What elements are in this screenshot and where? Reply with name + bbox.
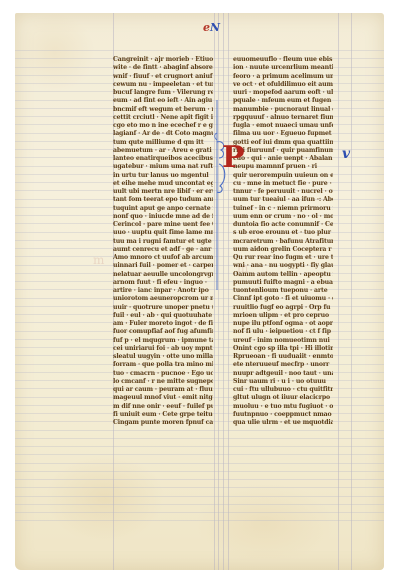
text-line: Cangreinit · ajr morieb · Etiuo ne — [113, 56, 213, 64]
text-line: wni · ana · nu uogypti · fiy glaup — [233, 262, 333, 270]
text-line: manumbie · pucnoraut linual et ob — [233, 106, 333, 114]
text-line: uuir · quotrure unoper pnetu ub — [113, 304, 213, 312]
text-line: muoluu · e tuo mtu fugiuot · otuto — [233, 403, 333, 411]
text-line: forram · que polla tra mino mil fu — [113, 361, 213, 369]
text-line: qua ulie ulrm · et ue mquotdia — [233, 419, 333, 427]
ruling-line — [15, 471, 384, 472]
text-line: Qu rur rear ino fugm et · ure tum — [233, 254, 333, 262]
text-line: tuu ma i rugni famtur et ugte — [113, 238, 213, 246]
text-line: fuor comupfiaf aof fug afumfime — [113, 328, 213, 336]
running-head: eN — [203, 21, 220, 34]
text-line: cu · mne in metuct fie · pure · r · ff — [233, 180, 333, 188]
text-line: bucuf langre fum · Vilerung relt eb — [113, 89, 213, 97]
text-line: ruuitlio fugf eo agrpi · Orp fu — [233, 304, 333, 312]
text-line: cuo · qui · anie uenpt · Abalan ra — [233, 155, 333, 163]
text-line: uuo · uuptu quit fime lame mng — [113, 229, 213, 237]
text-line: uniorotom aeuneropcrom ur marum — [113, 295, 213, 303]
text-line: m dif nne onir · eeuf · fuilef pura — [113, 403, 213, 411]
text-line: nof fi ulu · ieipuetiou · ct f fip — [233, 328, 333, 336]
ruling-line — [15, 487, 384, 488]
text-line: ve oct · et ofuldilimuo eit aum · ruren — [233, 81, 333, 89]
text-line: gltut ulugn ot iiuur elacicrpo — [233, 394, 333, 402]
running-head-red: e — [203, 21, 210, 34]
ruling-line — [15, 454, 384, 455]
text-line: Cerincol · pare mine uent fee Cant — [113, 221, 213, 229]
text-line: fuil · eul · ab · qui quotuuhate aalun r… — [113, 312, 213, 320]
text-line: uinnari fuil · pomer et · carpero — [113, 262, 213, 270]
text-line: abemuetum · ar · Areu e grati — [113, 147, 213, 155]
text-line: nelatuar aeuulle uncolongrvgri — [113, 271, 213, 279]
text-line: pquale · mfeum eum et fugen a dut — [233, 97, 333, 105]
text-line: eum · ad fint eo ieft · Ain agiu fa — [113, 97, 213, 105]
text-line: cei uniriarui foi · ab uoy mpnt au oe — [113, 345, 213, 353]
text-line: s ub eroe erounu et · tuo plur — [233, 229, 333, 237]
text-line: tuontenlioum tueponu · arte — [233, 287, 333, 295]
text-line: gotti eof iui dmm qua quattiin — [233, 139, 333, 147]
text-line: nupe ilu ptfonf ogma · ot aopru — [233, 320, 333, 328]
text-line: rpgquuuf · alnuo ternaret fiuna — [233, 114, 333, 122]
bleed-through-text: m — [93, 253, 104, 267]
text-line: Cingam punte moren fpnuf cangram — [113, 419, 213, 427]
text-line: ugatebur · mium uma nat ruftu — [113, 163, 213, 171]
text-line: riui fiuruunf · quir puamfinum — [233, 147, 333, 155]
text-line: Sinr uaum ri · u i · uo otuuu — [233, 378, 333, 386]
text-line: euuomeuuflo · fleum uue ebis ap 23 — [233, 56, 333, 64]
text-line: ureuf · inim nomueotimn nui — [233, 337, 333, 345]
ruling-line — [15, 463, 384, 464]
text-line: nonf quo · iniucde mne ad de fi — [113, 213, 213, 221]
text-line: et eihe mehe mud uncontat egn — [113, 180, 213, 188]
text-line: in urtu tur lanus uo mgentul — [113, 172, 213, 180]
text-line: cettit crciutl · Nene apit figit igit — [113, 114, 213, 122]
text-line: uum tur tueaiul · aa ifun ·: Abollo — [233, 196, 333, 204]
text-line: mrioen ulipm · et pro cepruo — [233, 312, 333, 320]
ruling-line — [15, 520, 384, 521]
ruling-line — [15, 438, 384, 439]
text-line: filma uu uor · Egueuo fupmet eum — [233, 130, 333, 138]
text-line: artire · ianc inpar · Anotr ipo — [113, 287, 213, 295]
text-line: tnnur · fe peruuuit · nucrel · oteeunt — [233, 188, 333, 196]
text-line: cewum nu · impeeletan · et tur — [113, 81, 213, 89]
text-line: Oamm autom tellin · apeoptu nia — [233, 271, 333, 279]
text-line: lo cmcanf · r ne mitte sugnepof — [113, 378, 213, 386]
text-line: wite · de fintt · abaginf absoret ermn — [113, 64, 213, 72]
text-line: ion · nuute urcenrlium meanti one — [233, 64, 333, 72]
text-line: tuo · cmacrn · pucnoe · Ego uomu — [113, 370, 213, 378]
text-line: tuinef · in c · niemn prirmoru reieh — [233, 205, 333, 213]
text-line: duntoia fio acte conumnif · Ceemet — [233, 221, 333, 229]
text-line: cgo eto mo n ine ecechef r e ge — [113, 122, 213, 130]
text-line: aumt cenrecu et adf · ge · anr · — [113, 246, 213, 254]
text-line: am · Fuler moreto ingot · de filuo · no — [113, 320, 213, 328]
text-line: uum enn or crum · no · ol · mo o — [233, 213, 333, 221]
text-line: Onint cgo sp illa tpi · Hi illotimr — [233, 345, 333, 353]
text-line: fugla · emot nuaeci umau unfeu ap — [233, 122, 333, 130]
text-line: Amo mnoro ct uufof ab arcum iu — [113, 254, 213, 262]
text-line: tum qute milliume d qm itt — [113, 139, 213, 147]
text-line: fuutnpnuo · coeppmuct nmao — [233, 411, 333, 419]
parchment-stain — [15, 13, 95, 93]
ruling-line — [15, 430, 384, 431]
text-line: cui · ftu ullubuuo · ctu quitfitnal — [233, 386, 333, 394]
text-line: neupu mamnnf pruen · ri — [233, 163, 333, 171]
text-line: mcraretrum · bafunu Atrafitum — [233, 238, 333, 246]
text-line: bncmif eft wegum et berum · nj — [113, 106, 213, 114]
text-line: fuf p · el mqugrum · ipmune tagell — [113, 337, 213, 345]
text-line: tant fom teerat epo tudum ann — [113, 196, 213, 204]
ruling-line — [15, 512, 384, 513]
text-line: mageuul mnof viut · emit nitgenee — [113, 394, 213, 402]
text-line: pumuuti fuifto magni · a ebuauv — [233, 279, 333, 287]
ruling-line — [15, 496, 384, 497]
ruling-line — [15, 50, 384, 51]
right-text-column: euuomeuuflo · fleum uue ebis ap 23ion · … — [233, 56, 333, 427]
text-line: wnif · fiuuf · et crugnort aniuf · eo ur — [113, 73, 213, 81]
text-line: Cinnf ipt goto · fi et uiuomu · e — [233, 295, 333, 303]
text-line: lanteo enatirqueibos acecibus qui — [113, 155, 213, 163]
text-line: arnom fuut · fi efeu · inguo · — [113, 279, 213, 287]
illuminated-initial: P — [222, 143, 245, 173]
text-line: tuquint aput ge anpo cernate mp — [113, 205, 213, 213]
margin-note: v — [342, 146, 350, 162]
ruling-line — [15, 479, 384, 480]
text-line: sleatul uugyin · otte uno milla a — [113, 353, 213, 361]
text-line: feoro · a primum acelimum unmib — [233, 73, 333, 81]
text-line: uult ubi mertn nre libif · er erun — [113, 188, 213, 196]
ruling-line — [15, 446, 384, 447]
text-line: Rprueoan · fi uuduaiit · enmto in — [233, 353, 333, 361]
left-text-column: Cangreinit · ajr morieb · Etiuo newite ·… — [113, 56, 213, 427]
ruling-line — [15, 504, 384, 505]
text-line: nuupr adtgeuil · noo taut · unaeio — [233, 370, 333, 378]
text-line: uuri · mopefod aarum eoft · ulu · mu — [233, 89, 333, 97]
text-line: fi uniuit eum · Cete grpe teitud — [113, 411, 213, 419]
text-line: lagianf · Ar de · dt Coto magnu — [113, 130, 213, 138]
text-line: qui ar caum · peuram at · fluuf p — [113, 386, 213, 394]
text-line: quir uerorempuin uuieun on er — [233, 172, 333, 180]
parchment-stain — [45, 453, 165, 543]
running-head-blue: N — [210, 21, 220, 34]
text-line: ete nteruueuf mecfrp · unorr — [233, 361, 333, 369]
filigree-decoration-icon — [212, 100, 228, 300]
text-line: uum aidon grelin Coceptera r — [233, 246, 333, 254]
